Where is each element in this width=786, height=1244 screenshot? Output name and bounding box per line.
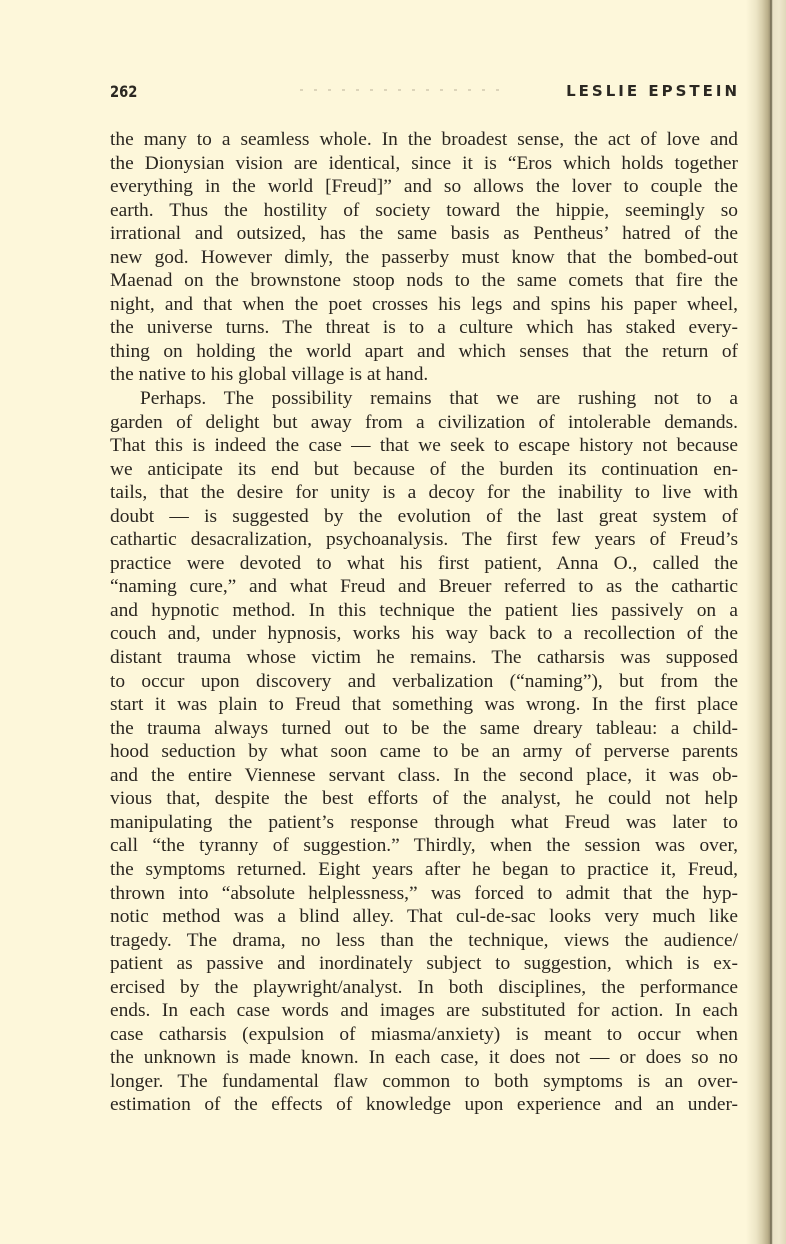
text-line: the universe turns. The threat is to a c…: [110, 316, 738, 340]
text-line: we anticipate its end but because of the…: [110, 458, 738, 482]
text-line: cathartic desacralization, psychoanalysi…: [110, 528, 738, 552]
text-line: vious that, despite the best efforts of …: [110, 787, 738, 811]
text-line: everything in the world [Freud]” and so …: [110, 175, 738, 199]
text-line: and hypnotic method. In this technique t…: [110, 599, 738, 623]
text-line: ends. In each case words and images are …: [110, 999, 738, 1023]
text-line: case catharsis (expulsion of miasma/anxi…: [110, 1023, 738, 1047]
text-line: night, and that when the poet crosses hi…: [110, 293, 738, 317]
paragraph-end-line: the native to his global village is at h…: [110, 363, 738, 387]
text-line: start it was plain to Freud that somethi…: [110, 693, 738, 717]
text-line: call “the tyranny of suggestion.” Thirdl…: [110, 834, 738, 858]
text-line: distant trauma whose victim he remains. …: [110, 646, 738, 670]
text-line: thrown into “absolute helplessness,” was…: [110, 882, 738, 906]
text-line: Maenad on the brownstone stoop nods to t…: [110, 269, 738, 293]
text-line: tragedy. The drama, no less than the tec…: [110, 929, 738, 953]
running-head: 262 LESLIE EPSTEIN: [110, 82, 740, 104]
text-line: earth. Thus the hostility of society tow…: [110, 199, 738, 223]
text-line: irrational and outsized, has the same ba…: [110, 222, 738, 246]
book-spine-edge: [770, 0, 772, 1244]
body-text: the many to a seamless whole. In the bro…: [110, 128, 738, 1117]
text-line: the Dionysian vision are identical, sinc…: [110, 152, 738, 176]
book-page: 262 LESLIE EPSTEIN the many to a seamles…: [0, 0, 786, 1244]
text-line: manipulating the patient’s response thro…: [110, 811, 738, 835]
text-line: doubt — is suggested by the evolution of…: [110, 505, 738, 529]
book-spine-shadow: [746, 0, 786, 1244]
text-line: new god. However dimly, the passerby mus…: [110, 246, 738, 270]
text-line: ercised by the playwright/analyst. In bo…: [110, 976, 738, 1000]
text-line: thing on holding the world apart and whi…: [110, 340, 738, 364]
text-line: the symptoms returned. Eight years after…: [110, 858, 738, 882]
text-line: the trauma always turned out to be the s…: [110, 717, 738, 741]
text-line: practice were devoted to what his first …: [110, 552, 738, 576]
page-number: 262: [110, 82, 137, 101]
text-line: garden of delight but away from a civili…: [110, 411, 738, 435]
text-line: “naming cure,” and what Freud and Breuer…: [110, 575, 738, 599]
text-line: tails, that the desire for unity is a de…: [110, 481, 738, 505]
text-line: to occur upon discovery and verbalizatio…: [110, 670, 738, 694]
text-line: the unknown is made known. In each case,…: [110, 1046, 738, 1070]
text-line: hood seduction by what soon came to be a…: [110, 740, 738, 764]
text-line: the many to a seamless whole. In the bro…: [110, 128, 738, 152]
text-line: longer. The fundamental flaw common to b…: [110, 1070, 738, 1094]
text-line: couch and, under hypnosis, works his way…: [110, 622, 738, 646]
text-line: That this is indeed the case — that we s…: [110, 434, 738, 458]
paragraph-start-line: Perhaps. The possibility remains that we…: [110, 387, 738, 411]
text-line: and the entire Viennese servant class. I…: [110, 764, 738, 788]
text-line: patient as passive and inordinately subj…: [110, 952, 738, 976]
running-head-author: LESLIE EPSTEIN: [566, 82, 740, 100]
text-line: estimation of the effects of knowledge u…: [110, 1093, 738, 1117]
text-line: notic method was a blind alley. That cul…: [110, 905, 738, 929]
